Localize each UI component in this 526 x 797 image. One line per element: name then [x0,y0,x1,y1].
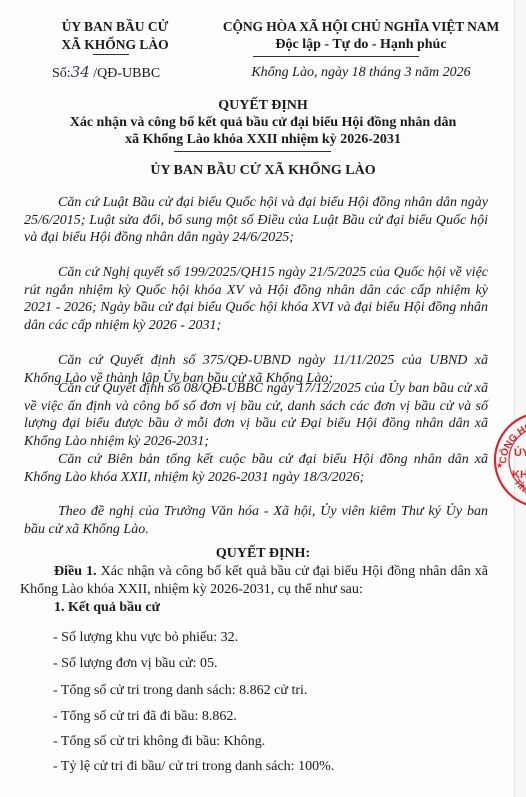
org-underline [93,54,129,55]
result-item: - Số lượng khu vực bỏ phiếu: 32. [53,630,238,646]
stamp-star-icon: ★ [496,461,503,470]
section-1-title: 1. Kết quả bầu cử [54,600,160,616]
doc-number-handwritten: 34 [71,63,90,81]
legal-ground-1: Căn cứ Luật Bầu cử đại biểu Quốc hội và … [24,194,488,247]
legal-ground-4: Căn cứ Quyết định số 08/QĐ-UBBC ngày 17/… [24,380,488,450]
proposal-ground: Theo đề nghị của Trưởng Văn hóa - Xã hội… [24,503,488,538]
document-subtitle-line2: xã Khổng Lào khóa XXII nhiệm kỳ 2026-203… [0,132,526,148]
place-date: Khổng Lào, ngày 18 tháng 3 năm 2026 [196,65,526,81]
article-1: Điều 1. Xác nhận và công bố kết quả bầu … [20,563,488,598]
title-underline [174,151,331,152]
result-item: - Tỷ lệ cử tri đi bầu/ cử tri trong danh… [53,759,334,775]
national-motto: Độc lập - Tự do - Hạnh phúc [196,37,526,53]
national-title: CỘNG HÒA XÃ HỘI CHỦ NGHĨA VIỆT NAM [196,19,526,35]
result-item: - Số lượng đơn vị bầu cử: 05. [53,656,218,672]
issuing-org-line2: XÃ KHỔNG LÀO [50,37,180,53]
result-item: - Tổng số cử tri đã đi bầu: 8.862. [53,709,237,725]
decision-heading: QUYẾT ĐỊNH: [0,546,526,562]
legal-ground-2: Căn cứ Nghị quyết số 199/2025/QH15 ngày … [24,264,488,334]
document-number: Số:34 /QĐ-UBBC [52,63,160,82]
doc-number-suffix: /QĐ-UBBC [93,66,160,81]
issuing-authority: ỦY BAN BẦU CỬ XÃ KHỔNG LÀO [0,163,526,179]
motto-underline [253,56,419,57]
stamp-inner-line1: ỦY BA [514,446,526,459]
article-1-label: Điều 1. [54,564,97,579]
document-page: ỦY BAN BẦU CỬ XÃ KHỔNG LÀO Số:34 /QĐ-UBB… [0,0,526,797]
document-title: QUYẾT ĐỊNH [0,98,526,114]
doc-number-prefix: Số: [52,66,71,81]
official-seal-stamp: CỘNG HÒA TỈNH L ỦY BA KHỔ ★ [492,408,526,508]
stamp-inner-line2: KHỔ [512,468,526,481]
result-item: - Tổng số cử tri trong danh sách: 8.862 … [53,683,307,699]
issuing-org-line1: ỦY BAN BẦU CỬ [50,19,180,35]
document-subtitle-line1: Xác nhận và công bố kết quả bầu cử đại b… [0,115,526,131]
legal-ground-5: Căn cứ Biên bản tổng kết cuộc bầu cử đại… [24,451,488,486]
result-item: - Tổng số cử tri không đi bầu: Không. [53,734,265,750]
